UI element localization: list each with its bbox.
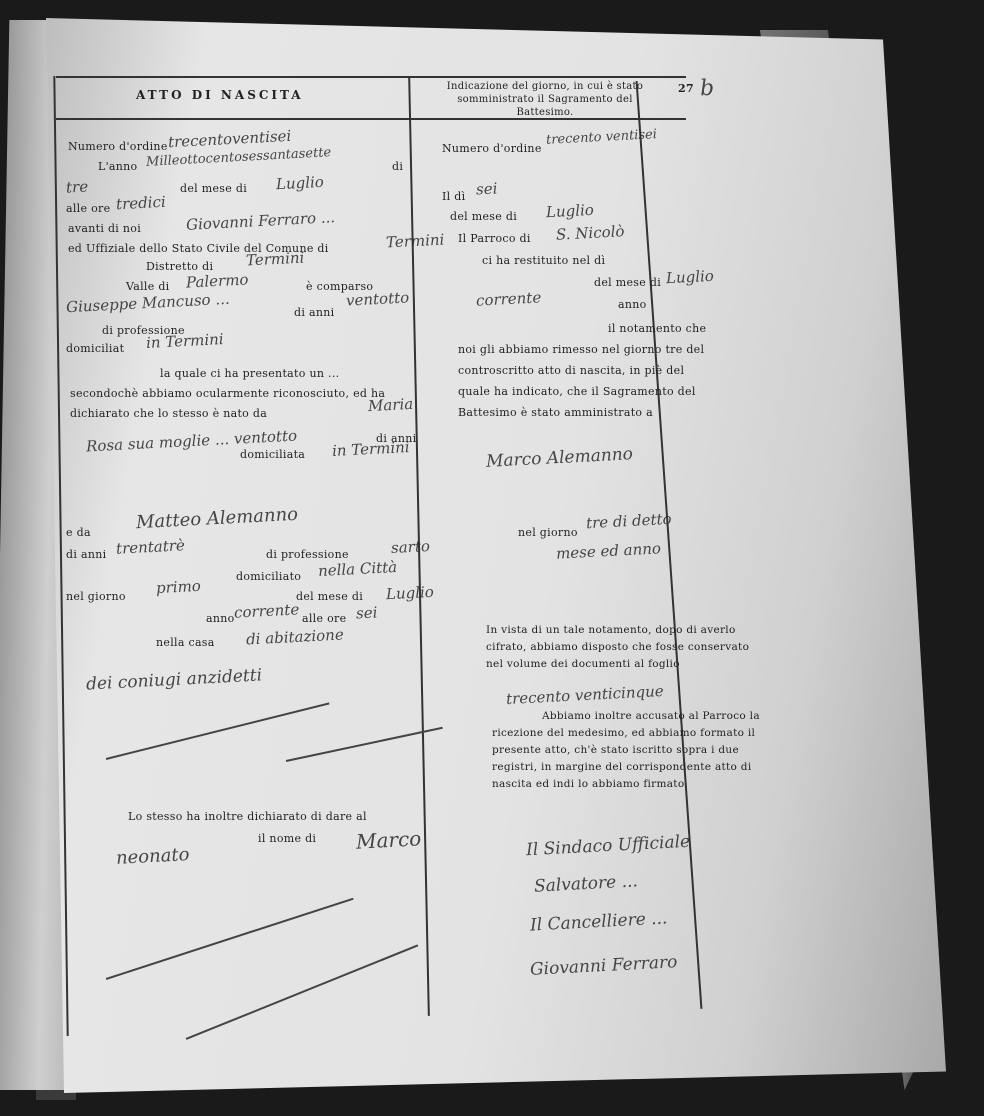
r-label-nel-giorno: nel giorno bbox=[518, 526, 578, 539]
cancel-stroke bbox=[106, 898, 354, 980]
r-baptized-name: Marco Alemanno bbox=[486, 444, 634, 472]
label-birth-day: nel giorno bbox=[66, 590, 126, 603]
label-mese: del mese di bbox=[180, 182, 247, 195]
label-di: di bbox=[392, 160, 403, 173]
r-paragraph-firmato: Abbiamo inoltre accusato al Parroco la r… bbox=[492, 708, 782, 793]
label-birth-year: anno bbox=[206, 612, 235, 625]
page-number: 27 bbox=[678, 82, 694, 95]
r-folio: trecento venticinque bbox=[506, 682, 664, 708]
label-birth-month: del mese di bbox=[296, 590, 363, 603]
value-mese: Luglio bbox=[276, 173, 325, 193]
r-value-parroco: S. Nicolò bbox=[556, 222, 625, 244]
document-page: 27 b ATTO DI NASCITA Numero d'ordine tre… bbox=[46, 18, 946, 1093]
label-domiciliata: domiciliata bbox=[240, 448, 305, 461]
birth-house: di abitazione bbox=[246, 625, 345, 648]
r-label-parroco: Il Parroco di bbox=[458, 232, 531, 245]
given-name: Marco bbox=[355, 826, 421, 853]
r-paragraph-cifrato: In vista di un tale notamento, dopo di a… bbox=[486, 622, 766, 673]
value-distretto: Termini bbox=[246, 248, 305, 269]
father-prof: sarto bbox=[391, 537, 431, 557]
birth-month: Luglio bbox=[386, 583, 435, 603]
label-ore: alle ore bbox=[66, 202, 110, 215]
label-given-name: il nome di bbox=[258, 832, 316, 845]
top-rule bbox=[56, 76, 686, 78]
value-di-anni: ventotto bbox=[346, 288, 410, 309]
birth-house-2: dei coniugi anzidetti bbox=[86, 665, 263, 694]
r-label-di: Il dì bbox=[442, 190, 465, 203]
r-value-anno: corrente bbox=[476, 288, 542, 309]
signature-1: Il Sindaco Ufficiale bbox=[526, 832, 691, 861]
label-avanti: avanti di noi bbox=[68, 222, 141, 235]
r-paragraph-notamento: il notamento che noi gli abbiamo rimesso… bbox=[458, 318, 708, 423]
birth-year: corrente bbox=[234, 600, 300, 621]
r-value-mese-2: Luglio bbox=[666, 267, 715, 287]
value-avanti: Giovanni Ferraro ... bbox=[186, 208, 336, 234]
signature-3: Il Cancelliere ... bbox=[530, 908, 668, 935]
r-label-restituito: ci ha restituito nel dì bbox=[482, 254, 605, 267]
label-domiciliat: domiciliat bbox=[66, 342, 124, 355]
father-age: trentatrè bbox=[116, 536, 186, 558]
baptism-header: Indicazione del giorno, in cui è stato s… bbox=[430, 80, 660, 119]
label-father: e da bbox=[66, 526, 91, 539]
signature-2: Salvatore ... bbox=[534, 871, 639, 896]
label-father-dom: domiciliato bbox=[236, 570, 301, 583]
cancel-stroke bbox=[286, 727, 443, 762]
father-name: Matteo Alemanno bbox=[136, 504, 299, 533]
r-label-mese: del mese di bbox=[450, 210, 517, 223]
value-ore: tredici bbox=[116, 193, 167, 214]
r-label-mese-2: del mese di bbox=[594, 276, 661, 289]
r-label-anno: anno bbox=[618, 298, 647, 311]
signature-4: Giovanni Ferraro bbox=[530, 952, 678, 980]
value-domiciliata: in Termini bbox=[332, 438, 410, 460]
father-dom: nella Città bbox=[318, 558, 398, 580]
r-label-numero: Numero d'ordine bbox=[442, 142, 542, 155]
value-valle: Palermo bbox=[186, 270, 249, 291]
birth-hour: sei bbox=[356, 603, 378, 622]
r-value-di: sei bbox=[476, 179, 498, 198]
value-comune: Termini bbox=[386, 230, 445, 251]
name-declaration: Lo stesso ha inoltre dichiarato di dare … bbox=[128, 810, 367, 823]
document-title: ATTO DI NASCITA bbox=[136, 88, 304, 102]
paragraph-presentation: la quale ci ha presentato un ... secondo… bbox=[70, 364, 410, 424]
r-value-mese: Luglio bbox=[546, 201, 595, 221]
label-numero-ordine: Numero d'ordine bbox=[68, 140, 168, 153]
label-birth-house: nella casa bbox=[156, 636, 215, 649]
label-valle: Valle di bbox=[126, 280, 170, 293]
label-distretto: Distretto di bbox=[146, 260, 213, 273]
cancel-stroke bbox=[186, 944, 418, 1039]
value-domiciliat: in Termini bbox=[146, 330, 224, 352]
given-name-prefix: neonato bbox=[116, 844, 190, 869]
label-di-anni: di anni bbox=[294, 306, 334, 319]
r-baptism-date: tre di detto bbox=[586, 510, 672, 532]
label-father-prof: di professione bbox=[266, 548, 349, 561]
value-comparso: Giuseppe Mancuso ... bbox=[66, 290, 230, 317]
r-baptism-date-2: mese ed anno bbox=[556, 539, 662, 562]
mother-name: Maria bbox=[368, 395, 414, 415]
value-day-prefix: tre bbox=[66, 177, 89, 196]
page-mark: b bbox=[699, 76, 714, 102]
cancel-stroke bbox=[106, 702, 330, 759]
label-anno: L'anno bbox=[98, 160, 137, 173]
label-father-age: di anni bbox=[66, 548, 106, 561]
label-birth-hour: alle ore bbox=[302, 612, 346, 625]
birth-day: primo bbox=[156, 577, 202, 597]
